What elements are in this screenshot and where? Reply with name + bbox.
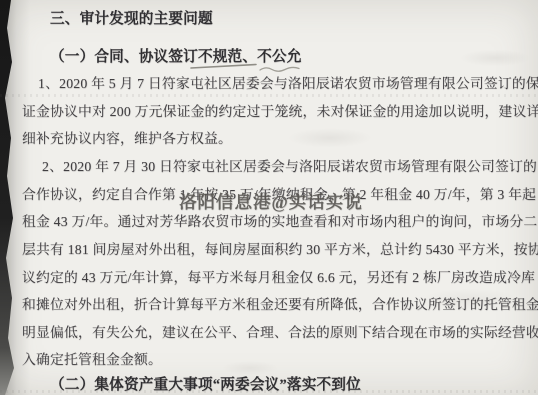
document-heading: 三、审计发现的主要问题 [22, 8, 538, 30]
body-line: 1、2020 年 5 月 7 日符家屯社区居委会与洛阳辰诺农贸市场管理有限公司签… [22, 73, 538, 95]
body-line: 层共有 181 间房屋对外出租，每间房屋面积约 30 平方米，总计约 5430 … [22, 239, 530, 261]
body-line: 2、2020 年 7 月 30 日符家屯社区居委会与洛阳辰诺农贸市场管理有限公司… [22, 156, 538, 178]
section-heading-1: （一）合同、协议签订不规范、不公允 [22, 46, 538, 68]
body-line: 议约定的 43 万元/年计算，每平方米每月租金仅 6.6 元，另还有 2 栋厂房… [22, 267, 530, 289]
body-line: 细补充协议内容，维护各方权益。 [22, 128, 530, 150]
scan-binding-edge [0, 0, 18, 395]
body-line: 和摊位对外出租，折合计算每平方米租金还要有所降低，合作协议所签订的托管租金 [22, 294, 530, 316]
scan-noise-row [0, 390, 538, 393]
body-line: 入确定托管租金金额。 [22, 349, 530, 371]
body-line: 明显偏低，有失公允，建议在公平、合理、合法的原则下结合现在市场的实际经营收 [22, 322, 530, 344]
body-line: 租金 43 万/年。通过对芳华路农贸市场的实地查看和对市场内租户的询问，市场分二 [22, 211, 530, 233]
body-line: 证金协议中对 200 万元保证金的约定过于笼统，未对保证金的用途加以说明，建议详 [22, 101, 530, 123]
watermark: 洛阳信息港@实话实说 [179, 189, 363, 214]
scanned-document-page: 三、审计发现的主要问题 （一）合同、协议签订不规范、不公允 1、2020 年 5… [0, 0, 538, 395]
scan-noise-row [0, 94, 538, 97]
